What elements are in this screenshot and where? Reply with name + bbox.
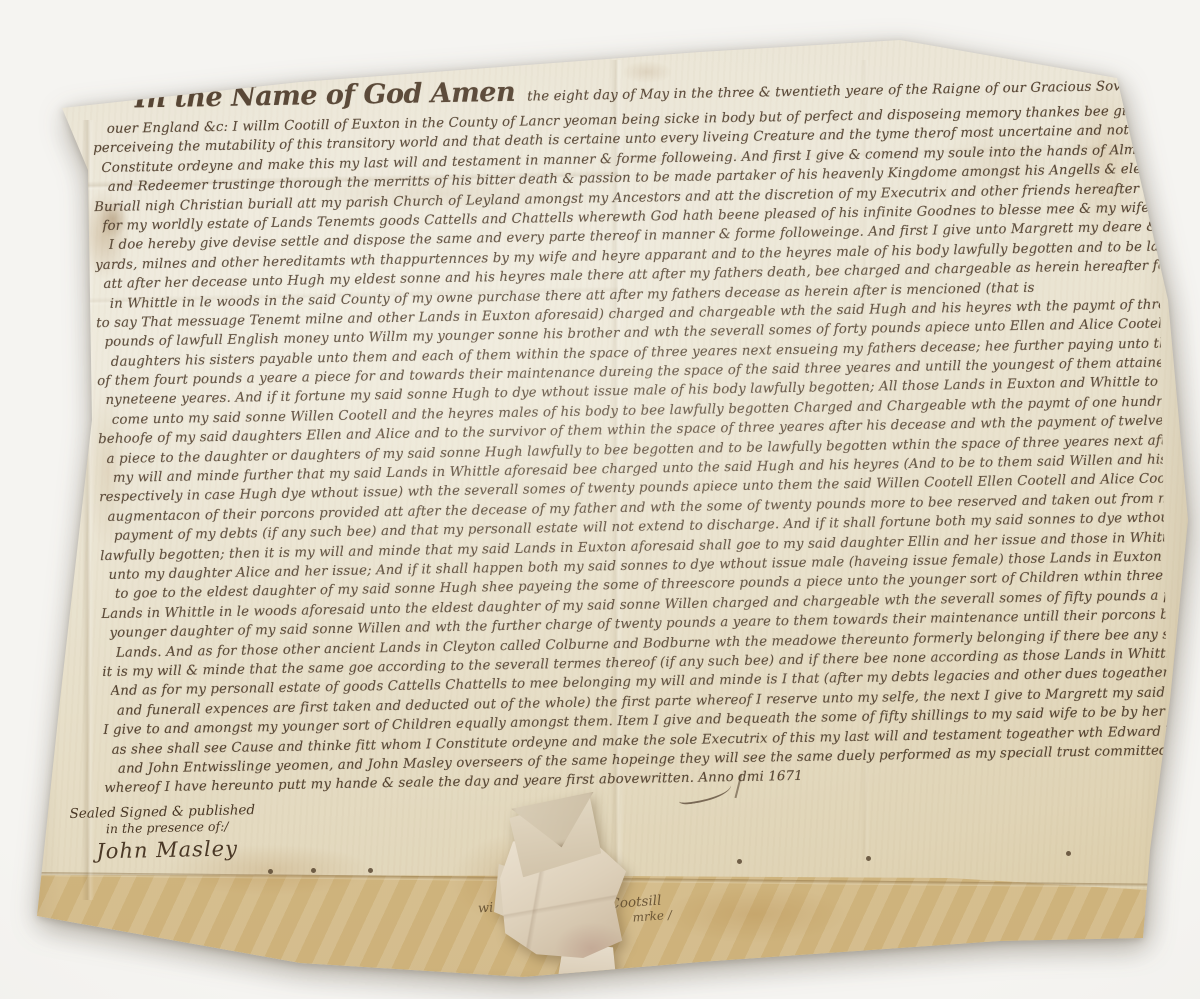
photo-backdrop: In the Name of God Amen the eight day of… xyxy=(0,0,1200,999)
attestation-line-2: in the presence of:/ xyxy=(106,818,256,836)
witness-signature: John Masley xyxy=(96,836,256,863)
fold-dot xyxy=(268,869,273,874)
attestation-block: Sealed Signed & published in the presenc… xyxy=(69,802,256,864)
manuscript-text-block: In the Name of God Amen the eight day of… xyxy=(100,66,1168,801)
manuscript-opening: In the Name of God Amen xyxy=(134,77,515,115)
fold-dot xyxy=(1150,849,1155,854)
fold-dot xyxy=(368,868,373,873)
manuscript-opening-continuation: the eight day of May in the three & twen… xyxy=(527,79,1156,105)
fold-dot xyxy=(866,856,871,861)
parchment-shadow-wrap: In the Name of God Amen the eight day of… xyxy=(0,0,1200,999)
fold-dot xyxy=(1066,851,1071,856)
fold-dot xyxy=(737,859,742,864)
wax-seal xyxy=(494,798,650,984)
fold-dot xyxy=(311,868,316,873)
crease xyxy=(82,120,94,900)
seal-inscription-left: wi xyxy=(477,900,493,916)
parchment: In the Name of God Amen the eight day of… xyxy=(0,0,1200,999)
